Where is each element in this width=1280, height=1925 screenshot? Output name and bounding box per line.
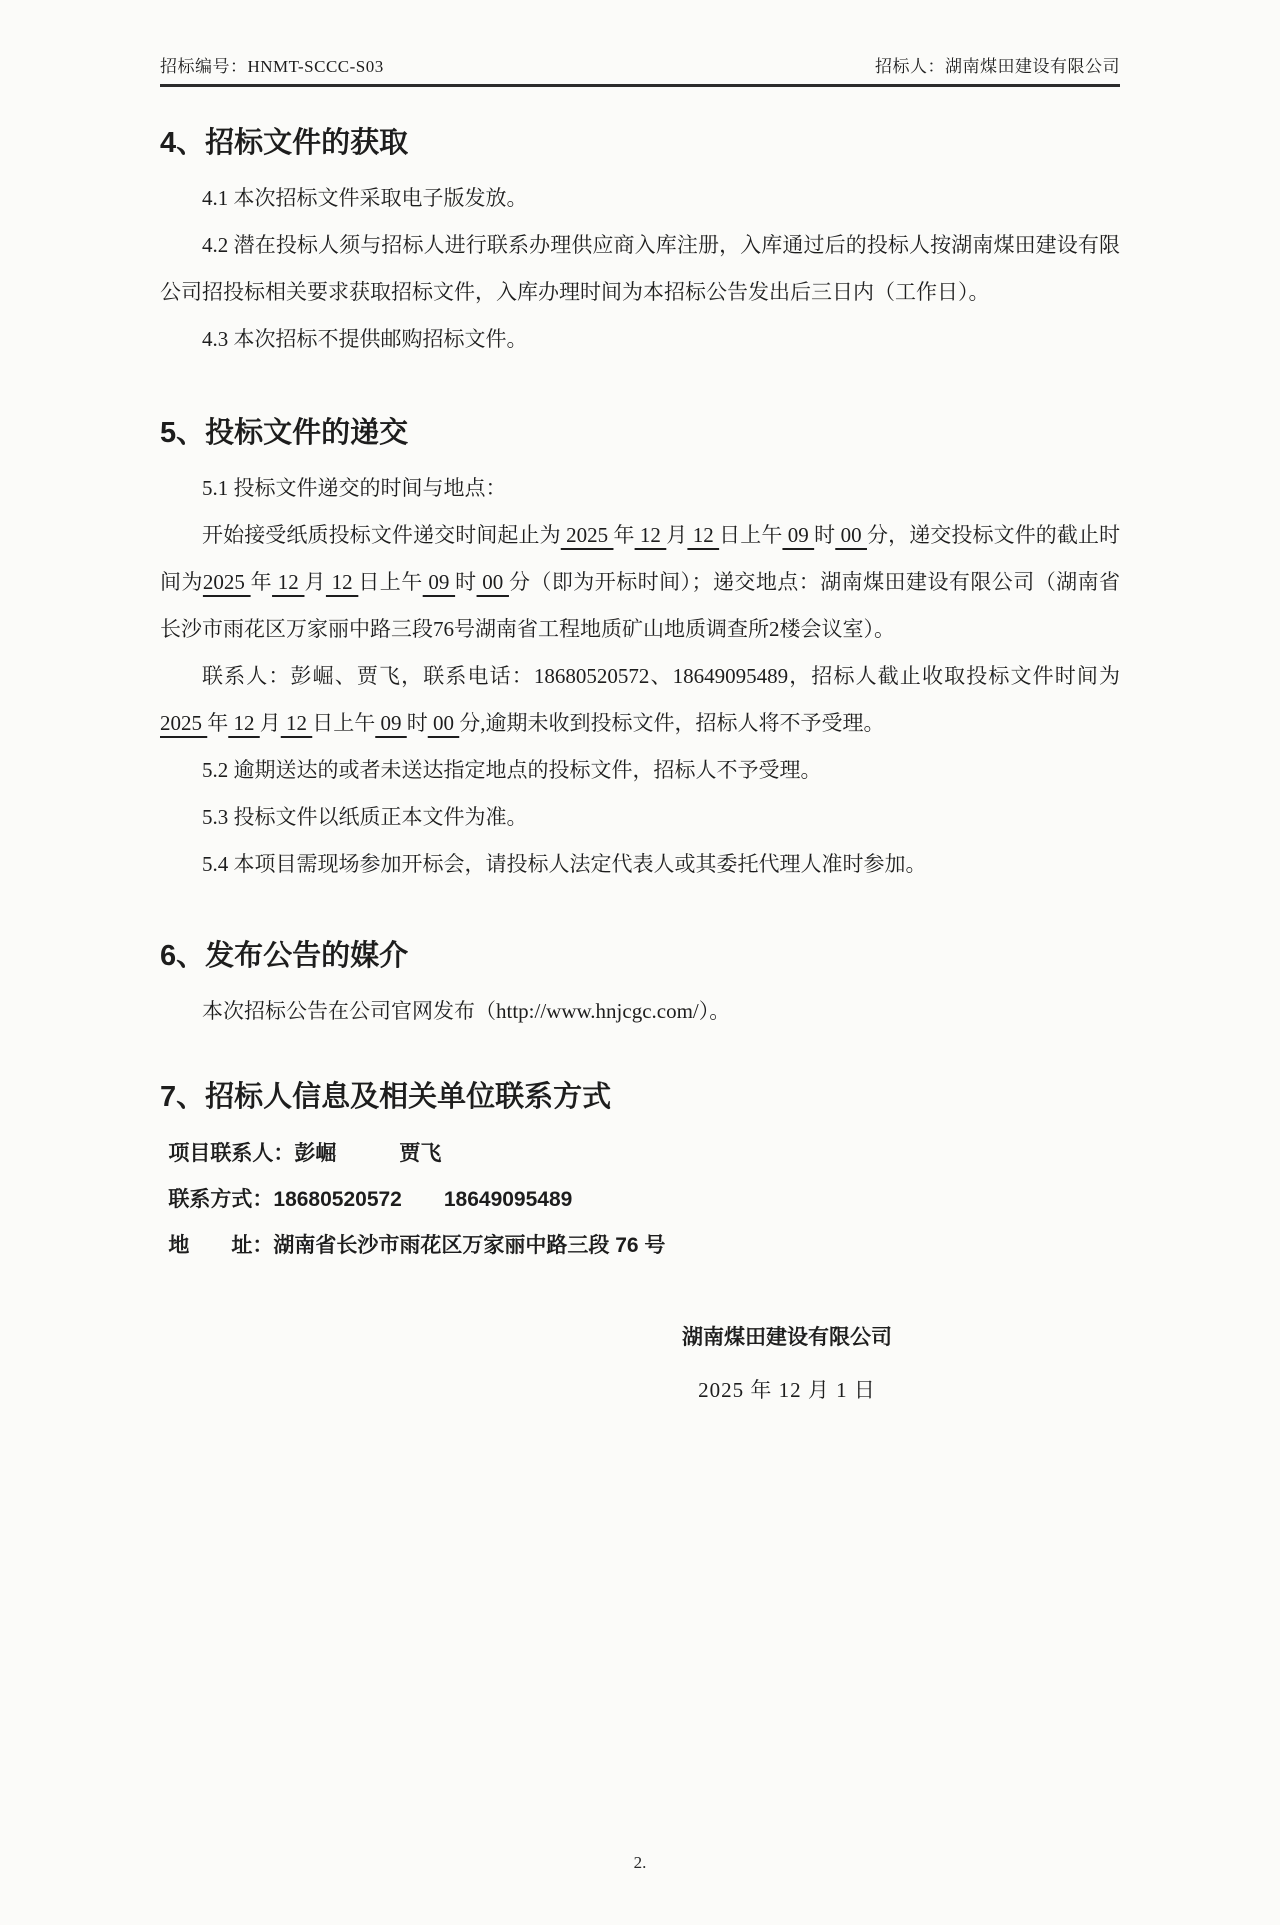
section-4-body: 4.1 本次招标文件采取电子版发放。 4.2 潜在投标人须与招标人进行联系办理供… xyxy=(160,175,1120,363)
underlined-value: 09 xyxy=(782,523,814,547)
section-5-title: 5、投标文件的递交 xyxy=(160,413,1120,453)
text-segment: 日上午 xyxy=(358,570,422,594)
paragraph-5-1-label: 5.1 投标文件递交的时间与地点： xyxy=(160,465,1120,512)
underlined-value: 00 xyxy=(477,570,509,594)
text-segment: 年 xyxy=(207,711,228,735)
underlined-value: 12 xyxy=(281,711,313,735)
text-segment: 月 xyxy=(666,523,687,547)
paragraph-5-3: 5.3 投标文件以纸质正本文件为准。 xyxy=(160,794,1120,841)
text-segment: 时 xyxy=(455,570,476,594)
page-header: 招标编号：HNMT-SCCC-S03 招标人：湖南煤田建设有限公司 xyxy=(160,52,1120,87)
contact-phone-line: 联系方式：18680520572 18649095489 xyxy=(160,1177,1120,1223)
page-number: 2. xyxy=(0,1853,1280,1873)
text-segment: 联系人：彭崛、贾飞，联系电话：18680520572、18649095489，招… xyxy=(202,664,1120,688)
text-segment: 日上午 xyxy=(719,523,782,547)
signature-inner: 湖南煤田建设有限公司 2025 年 12 月 1 日 xyxy=(682,1323,892,1405)
underlined-value: 09 xyxy=(375,711,407,735)
text-segment: 分,逾期未收到投标文件，招标人将不予受理。 xyxy=(459,711,884,735)
section-4-title: 4、招标文件的获取 xyxy=(160,123,1120,163)
underlined-value: 00 xyxy=(835,523,867,547)
section-5-body: 5.1 投标文件递交的时间与地点： 开始接受纸质投标文件递交时间起止为 2025… xyxy=(160,465,1120,888)
underlined-value: 00 xyxy=(428,711,460,735)
underlined-value: 2025 xyxy=(160,711,207,735)
section-7-body: 项目联系人：彭崛 贾飞 联系方式：18680520572 18649095489… xyxy=(160,1131,1120,1269)
paragraph-submission-time: 开始接受纸质投标文件递交时间起止为 2025 年 12 月 12 日上午 09 … xyxy=(160,512,1120,653)
underlined-value: 2025 xyxy=(203,570,251,594)
underlined-value: 12 xyxy=(272,570,304,594)
text-segment: 开始接受纸质投标文件递交时间起止为 xyxy=(202,523,561,547)
text-segment: 月 xyxy=(304,570,325,594)
section-6-title: 6、发布公告的媒介 xyxy=(160,936,1120,976)
text-segment: 年 xyxy=(251,570,272,594)
section-6-body: 本次招标公告在公司官网发布（http://www.hnjcgc.com/）。 xyxy=(160,988,1120,1035)
address-line: 地 址：湖南省长沙市雨花区万家丽中路三段 76 号 xyxy=(160,1223,1120,1269)
paragraph-contact-deadline: 联系人：彭崛、贾飞，联系电话：18680520572、18649095489，招… xyxy=(160,653,1120,747)
underlined-value: 09 xyxy=(423,570,455,594)
section-7-title: 7、招标人信息及相关单位联系方式 xyxy=(160,1077,1120,1117)
tender-number: 招标编号：HNMT-SCCC-S03 xyxy=(160,52,384,77)
project-contacts-line: 项目联系人：彭崛 贾飞 xyxy=(160,1131,1120,1177)
document-page: 招标编号：HNMT-SCCC-S03 招标人：湖南煤田建设有限公司 4、招标文件… xyxy=(0,0,1280,1925)
paragraph-5-4: 5.4 本项目需现场参加开标会，请投标人法定代表人或其委托代理人准时参加。 xyxy=(160,841,1120,888)
paragraph-4-2: 4.2 潜在投标人须与招标人进行联系办理供应商入库注册，入库通过后的投标人按湖南… xyxy=(160,222,1120,316)
text-segment: 年 xyxy=(613,523,634,547)
signature-block: 湖南煤田建设有限公司 2025 年 12 月 1 日 xyxy=(160,1323,1120,1405)
underlined-value: 12 xyxy=(687,523,719,547)
signature-date: 2025 年 12 月 1 日 xyxy=(698,1375,876,1405)
text-segment: 时 xyxy=(814,523,835,547)
paragraph-announcement-media: 本次招标公告在公司官网发布（http://www.hnjcgc.com/）。 xyxy=(160,988,1120,1035)
company-name: 湖南煤田建设有限公司 xyxy=(682,1323,892,1353)
paragraph-4-1: 4.1 本次招标文件采取电子版发放。 xyxy=(160,175,1120,222)
tender-owner: 招标人：湖南煤田建设有限公司 xyxy=(875,52,1120,77)
text-segment: 日上午 xyxy=(312,711,375,735)
paragraph-4-3: 4.3 本次招标不提供邮购招标文件。 xyxy=(160,316,1120,363)
underlined-value: 2025 xyxy=(561,523,614,547)
underlined-value: 12 xyxy=(228,711,260,735)
text-segment: 月 xyxy=(260,711,281,735)
underlined-value: 12 xyxy=(635,523,667,547)
underlined-value: 12 xyxy=(326,570,358,594)
paragraph-5-2: 5.2 逾期送达的或者未送达指定地点的投标文件，招标人不予受理。 xyxy=(160,747,1120,794)
text-segment: 时 xyxy=(407,711,428,735)
